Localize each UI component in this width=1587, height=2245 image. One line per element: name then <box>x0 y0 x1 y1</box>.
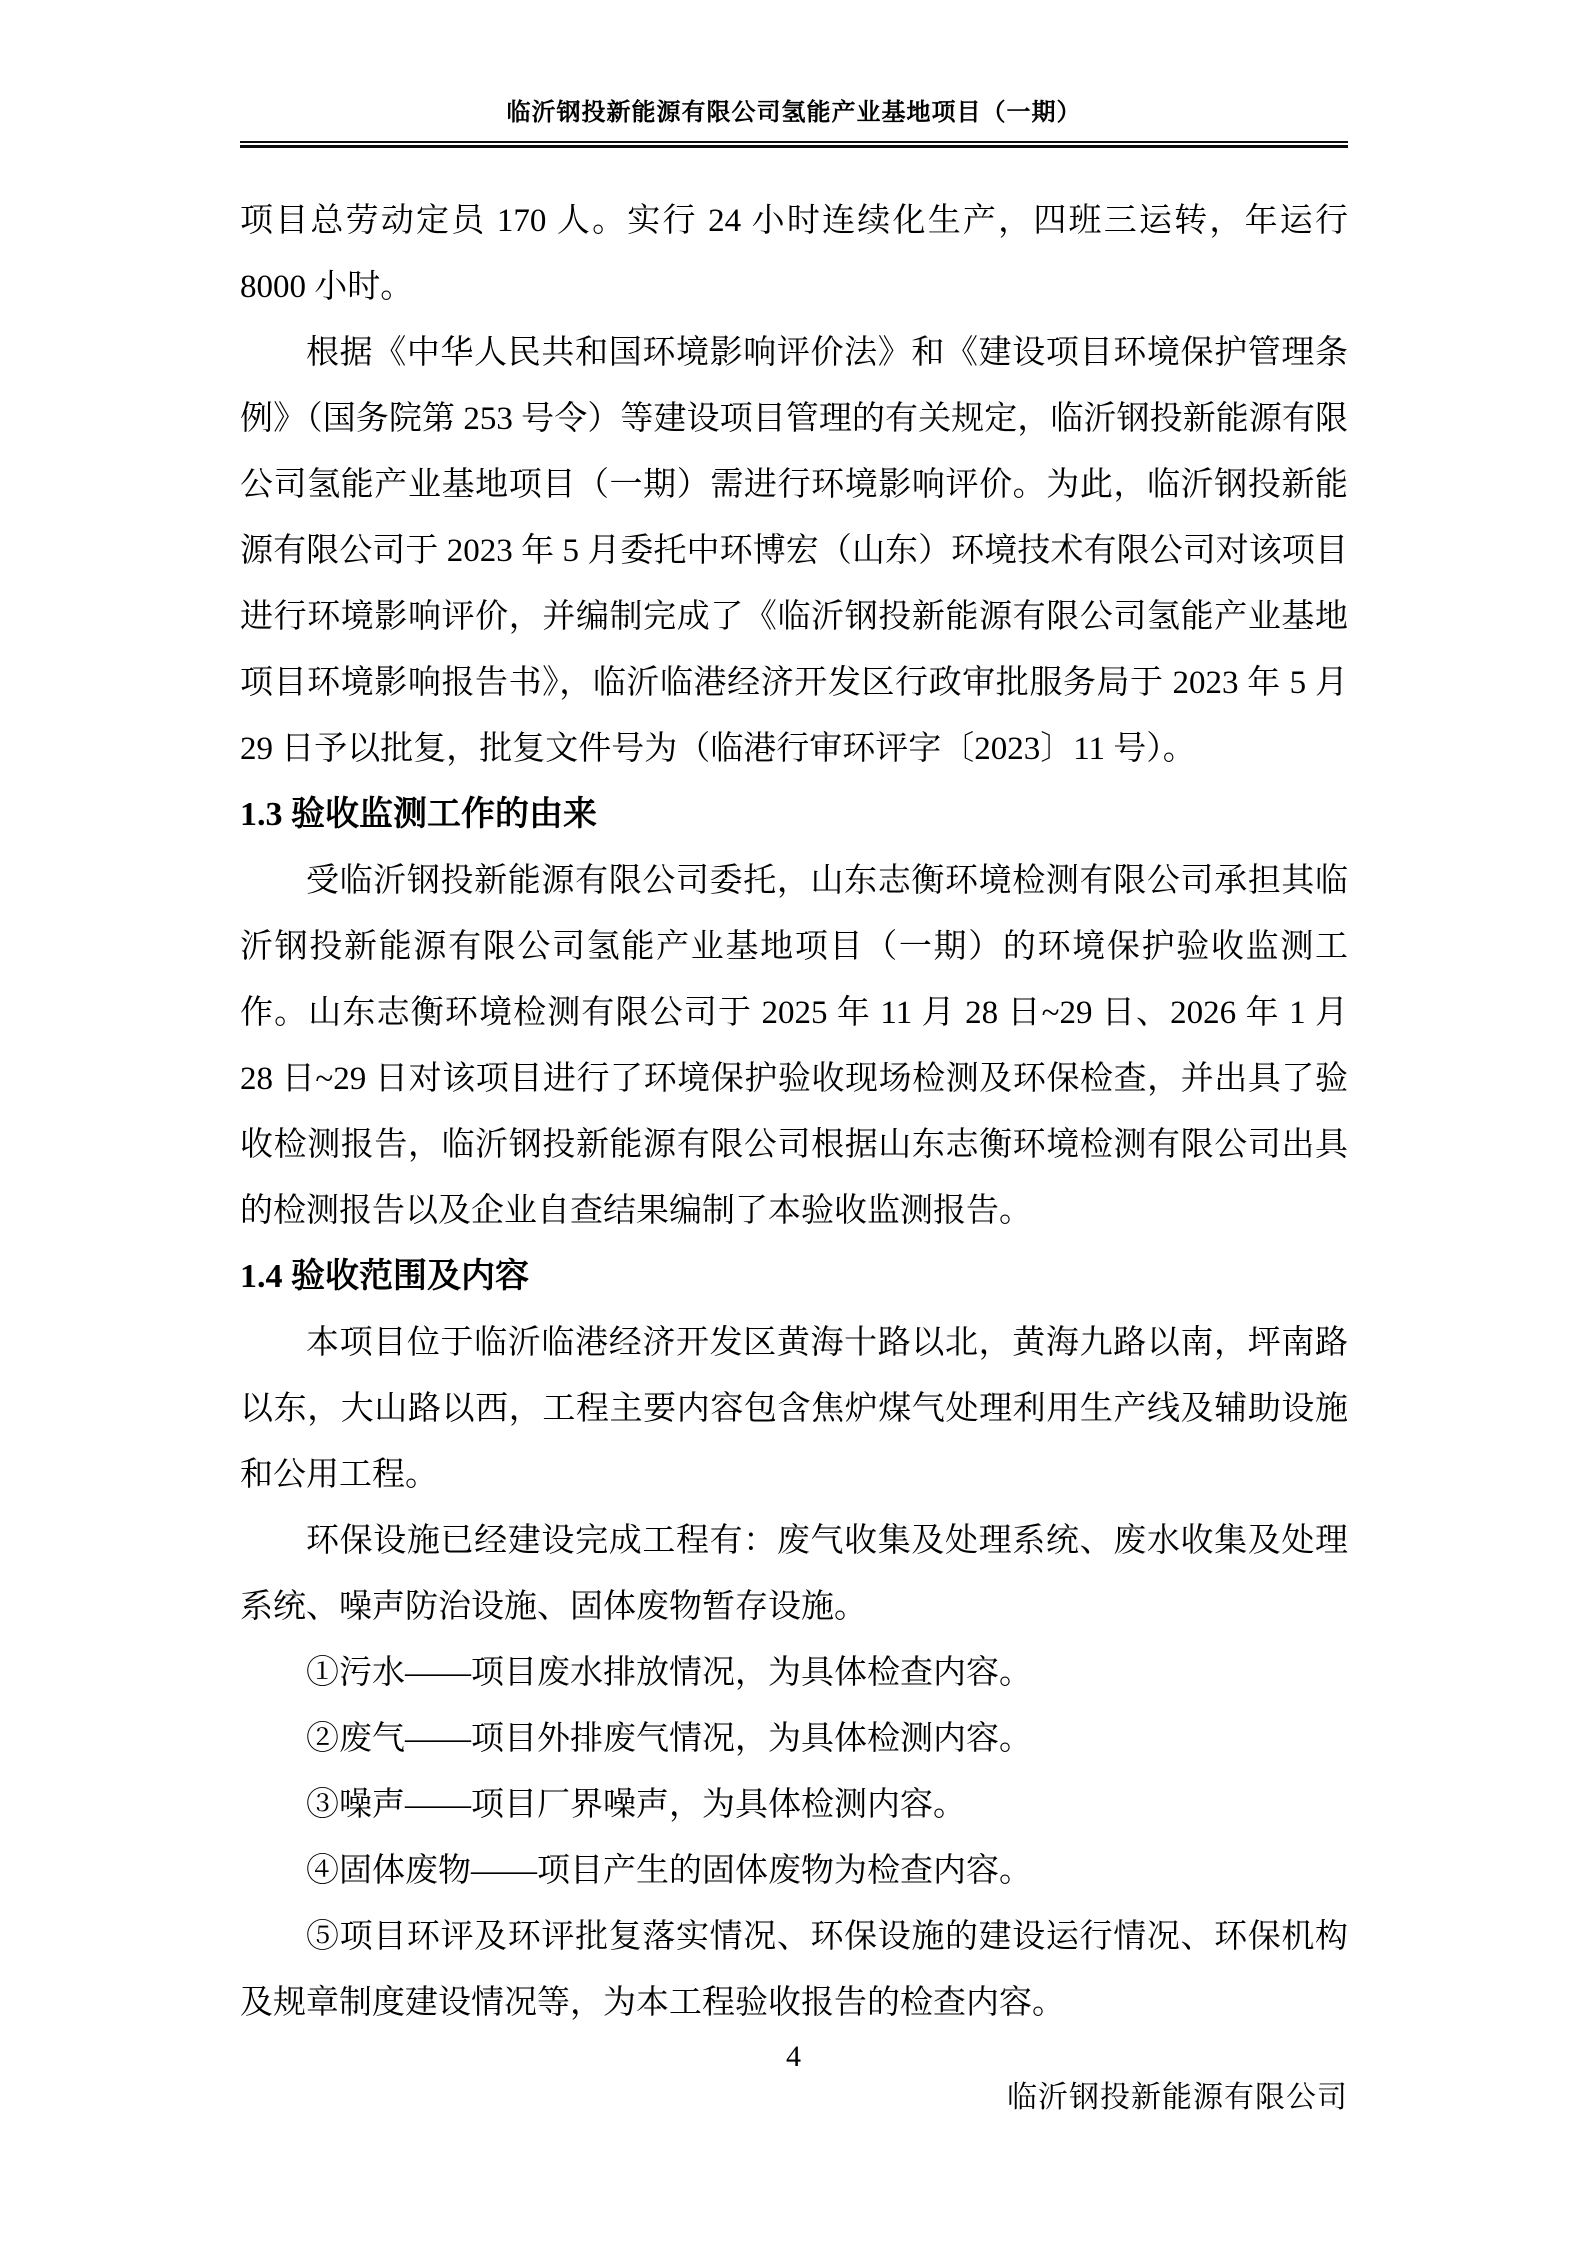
page-number: 4 <box>0 2040 1587 2074</box>
document-body: 项目总劳动定员 170 人。实行 24 小时连续化生产，四班三运转，年运行 80… <box>240 188 1348 2036</box>
header-rule <box>240 141 1348 148</box>
paragraph: ⑤项目环评及环评批复落实情况、环保设施的建设运行情况、环保机构及规章制度建设情况… <box>240 1904 1348 2036</box>
page-header: 临沂钢投新能源有限公司氢能产业基地项目（一期） <box>240 0 1348 148</box>
paragraph: ②废气——项目外排废气情况，为具体检测内容。 <box>240 1706 1348 1772</box>
footer-company: 临沂钢投新能源有限公司 <box>1007 2078 1348 2118</box>
section-heading: 1.4 验收范围及内容 <box>240 1244 1348 1310</box>
paragraph: 受临沂钢投新能源有限公司委托，山东志衡环境检测有限公司承担其临沂钢投新能源有限公… <box>240 848 1348 1244</box>
paragraph: 环保设施已经建设完成工程有：废气收集及处理系统、废水收集及处理系统、噪声防治设施… <box>240 1508 1348 1640</box>
paragraph: 本项目位于临沂临港经济开发区黄海十路以北，黄海九路以南，坪南路以东，大山路以西，… <box>240 1310 1348 1508</box>
paragraph: 根据《中华人民共和国环境影响评价法》和《建设项目环境保护管理条例》（国务院第 2… <box>240 320 1348 782</box>
paragraph: ①污水——项目废水排放情况，为具体检查内容。 <box>240 1640 1348 1706</box>
paragraph: 项目总劳动定员 170 人。实行 24 小时连续化生产，四班三运转，年运行 80… <box>240 188 1348 320</box>
paragraph: ③噪声——项目厂界噪声，为具体检测内容。 <box>240 1772 1348 1838</box>
section-heading: 1.3 验收监测工作的由来 <box>240 782 1348 848</box>
header-title: 临沂钢投新能源有限公司氢能产业基地项目（一期） <box>240 0 1348 130</box>
paragraph: ④固体废物——项目产生的固体废物为检查内容。 <box>240 1838 1348 1904</box>
document-page: 临沂钢投新能源有限公司氢能产业基地项目（一期） 项目总劳动定员 170 人。实行… <box>0 0 1587 2245</box>
